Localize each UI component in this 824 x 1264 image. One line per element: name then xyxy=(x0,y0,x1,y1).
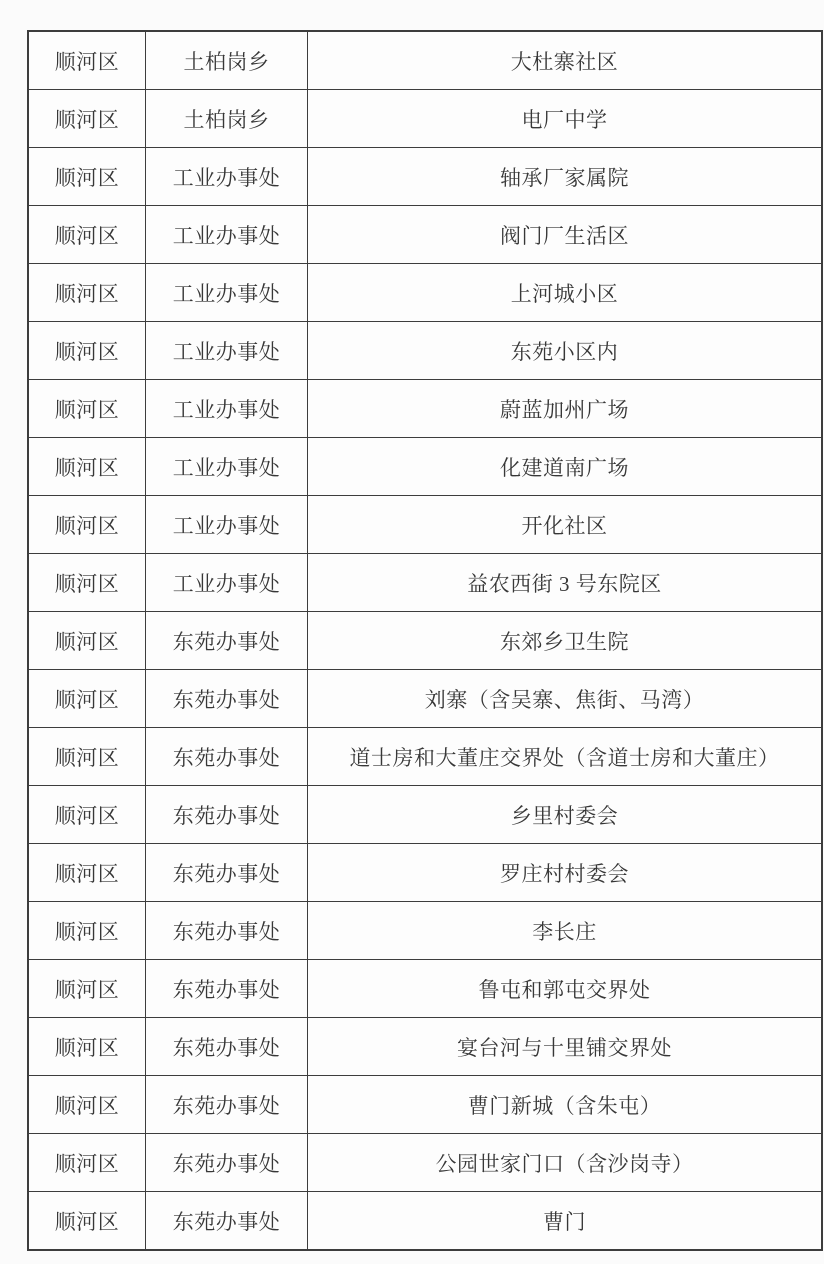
district-cell: 顺河区 xyxy=(28,902,146,960)
location-cell: 大杜寨社区 xyxy=(308,31,823,90)
district-cell: 顺河区 xyxy=(28,1134,146,1192)
location-cell: 乡里村委会 xyxy=(308,786,823,844)
table-row: 顺河区工业办事处化建道南广场 xyxy=(28,438,822,496)
office-cell: 工业办事处 xyxy=(146,148,308,206)
location-cell: 道士房和大董庄交界处（含道士房和大董庄） xyxy=(308,728,823,786)
office-cell: 东苑办事处 xyxy=(146,728,308,786)
location-cell: 轴承厂家属院 xyxy=(308,148,823,206)
table-row: 顺河区东苑办事处曹门新城（含朱屯） xyxy=(28,1076,822,1134)
district-cell: 顺河区 xyxy=(28,1192,146,1251)
table-row: 顺河区东苑办事处李长庄 xyxy=(28,902,822,960)
district-cell: 顺河区 xyxy=(28,496,146,554)
office-cell: 东苑办事处 xyxy=(146,902,308,960)
district-cell: 顺河区 xyxy=(28,264,146,322)
location-cell: 上河城小区 xyxy=(308,264,823,322)
office-cell: 东苑办事处 xyxy=(146,960,308,1018)
table-row: 顺河区东苑办事处东郊乡卫生院 xyxy=(28,612,822,670)
district-cell: 顺河区 xyxy=(28,960,146,1018)
office-cell: 东苑办事处 xyxy=(146,612,308,670)
table-row: 顺河区东苑办事处公园世家门口（含沙岗寺） xyxy=(28,1134,822,1192)
locations-table: 顺河区土柏岗乡大杜寨社区顺河区土柏岗乡电厂中学顺河区工业办事处轴承厂家属院顺河区… xyxy=(27,30,823,1251)
location-cell: 东郊乡卫生院 xyxy=(308,612,823,670)
document-page: 顺河区土柏岗乡大杜寨社区顺河区土柏岗乡电厂中学顺河区工业办事处轴承厂家属院顺河区… xyxy=(0,0,824,1264)
table-row: 顺河区工业办事处阀门厂生活区 xyxy=(28,206,822,264)
location-cell: 东苑小区内 xyxy=(308,322,823,380)
location-cell: 鲁屯和郭屯交界处 xyxy=(308,960,823,1018)
district-cell: 顺河区 xyxy=(28,670,146,728)
location-cell: 电厂中学 xyxy=(308,90,823,148)
office-cell: 东苑办事处 xyxy=(146,1134,308,1192)
office-cell: 东苑办事处 xyxy=(146,670,308,728)
office-cell: 工业办事处 xyxy=(146,554,308,612)
table-row: 顺河区工业办事处蔚蓝加州广场 xyxy=(28,380,822,438)
location-cell: 宴台河与十里铺交界处 xyxy=(308,1018,823,1076)
table-row: 顺河区东苑办事处道士房和大董庄交界处（含道士房和大董庄） xyxy=(28,728,822,786)
district-cell: 顺河区 xyxy=(28,438,146,496)
office-cell: 工业办事处 xyxy=(146,438,308,496)
locations-table-body: 顺河区土柏岗乡大杜寨社区顺河区土柏岗乡电厂中学顺河区工业办事处轴承厂家属院顺河区… xyxy=(28,31,822,1250)
district-cell: 顺河区 xyxy=(28,322,146,380)
office-cell: 东苑办事处 xyxy=(146,1018,308,1076)
office-cell: 工业办事处 xyxy=(146,496,308,554)
district-cell: 顺河区 xyxy=(28,31,146,90)
district-cell: 顺河区 xyxy=(28,1018,146,1076)
table-row: 顺河区东苑办事处鲁屯和郭屯交界处 xyxy=(28,960,822,1018)
location-cell: 刘寨（含吴寨、焦街、马湾） xyxy=(308,670,823,728)
district-cell: 顺河区 xyxy=(28,728,146,786)
office-cell: 东苑办事处 xyxy=(146,786,308,844)
table-row: 顺河区工业办事处上河城小区 xyxy=(28,264,822,322)
location-cell: 蔚蓝加州广场 xyxy=(308,380,823,438)
district-cell: 顺河区 xyxy=(28,612,146,670)
table-row: 顺河区工业办事处轴承厂家属院 xyxy=(28,148,822,206)
office-cell: 工业办事处 xyxy=(146,322,308,380)
office-cell: 工业办事处 xyxy=(146,206,308,264)
district-cell: 顺河区 xyxy=(28,786,146,844)
table-row: 顺河区土柏岗乡电厂中学 xyxy=(28,90,822,148)
office-cell: 东苑办事处 xyxy=(146,1076,308,1134)
location-cell: 曹门 xyxy=(308,1192,823,1251)
location-cell: 化建道南广场 xyxy=(308,438,823,496)
district-cell: 顺河区 xyxy=(28,1076,146,1134)
district-cell: 顺河区 xyxy=(28,554,146,612)
table-row: 顺河区东苑办事处乡里村委会 xyxy=(28,786,822,844)
table-row: 顺河区东苑办事处刘寨（含吴寨、焦街、马湾） xyxy=(28,670,822,728)
office-cell: 东苑办事处 xyxy=(146,844,308,902)
location-cell: 李长庄 xyxy=(308,902,823,960)
table-row: 顺河区工业办事处益农西街 3 号东院区 xyxy=(28,554,822,612)
office-cell: 东苑办事处 xyxy=(146,1192,308,1251)
table-row: 顺河区土柏岗乡大杜寨社区 xyxy=(28,31,822,90)
location-cell: 阀门厂生活区 xyxy=(308,206,823,264)
office-cell: 土柏岗乡 xyxy=(146,90,308,148)
table-row: 顺河区东苑办事处宴台河与十里铺交界处 xyxy=(28,1018,822,1076)
location-cell: 曹门新城（含朱屯） xyxy=(308,1076,823,1134)
office-cell: 工业办事处 xyxy=(146,264,308,322)
location-cell: 开化社区 xyxy=(308,496,823,554)
district-cell: 顺河区 xyxy=(28,148,146,206)
table-row: 顺河区东苑办事处罗庄村村委会 xyxy=(28,844,822,902)
district-cell: 顺河区 xyxy=(28,380,146,438)
location-cell: 公园世家门口（含沙岗寺） xyxy=(308,1134,823,1192)
office-cell: 土柏岗乡 xyxy=(146,31,308,90)
location-cell: 益农西街 3 号东院区 xyxy=(308,554,823,612)
office-cell: 工业办事处 xyxy=(146,380,308,438)
table-row: 顺河区工业办事处开化社区 xyxy=(28,496,822,554)
location-cell: 罗庄村村委会 xyxy=(308,844,823,902)
district-cell: 顺河区 xyxy=(28,90,146,148)
district-cell: 顺河区 xyxy=(28,206,146,264)
table-row: 顺河区东苑办事处曹门 xyxy=(28,1192,822,1251)
table-row: 顺河区工业办事处东苑小区内 xyxy=(28,322,822,380)
district-cell: 顺河区 xyxy=(28,844,146,902)
